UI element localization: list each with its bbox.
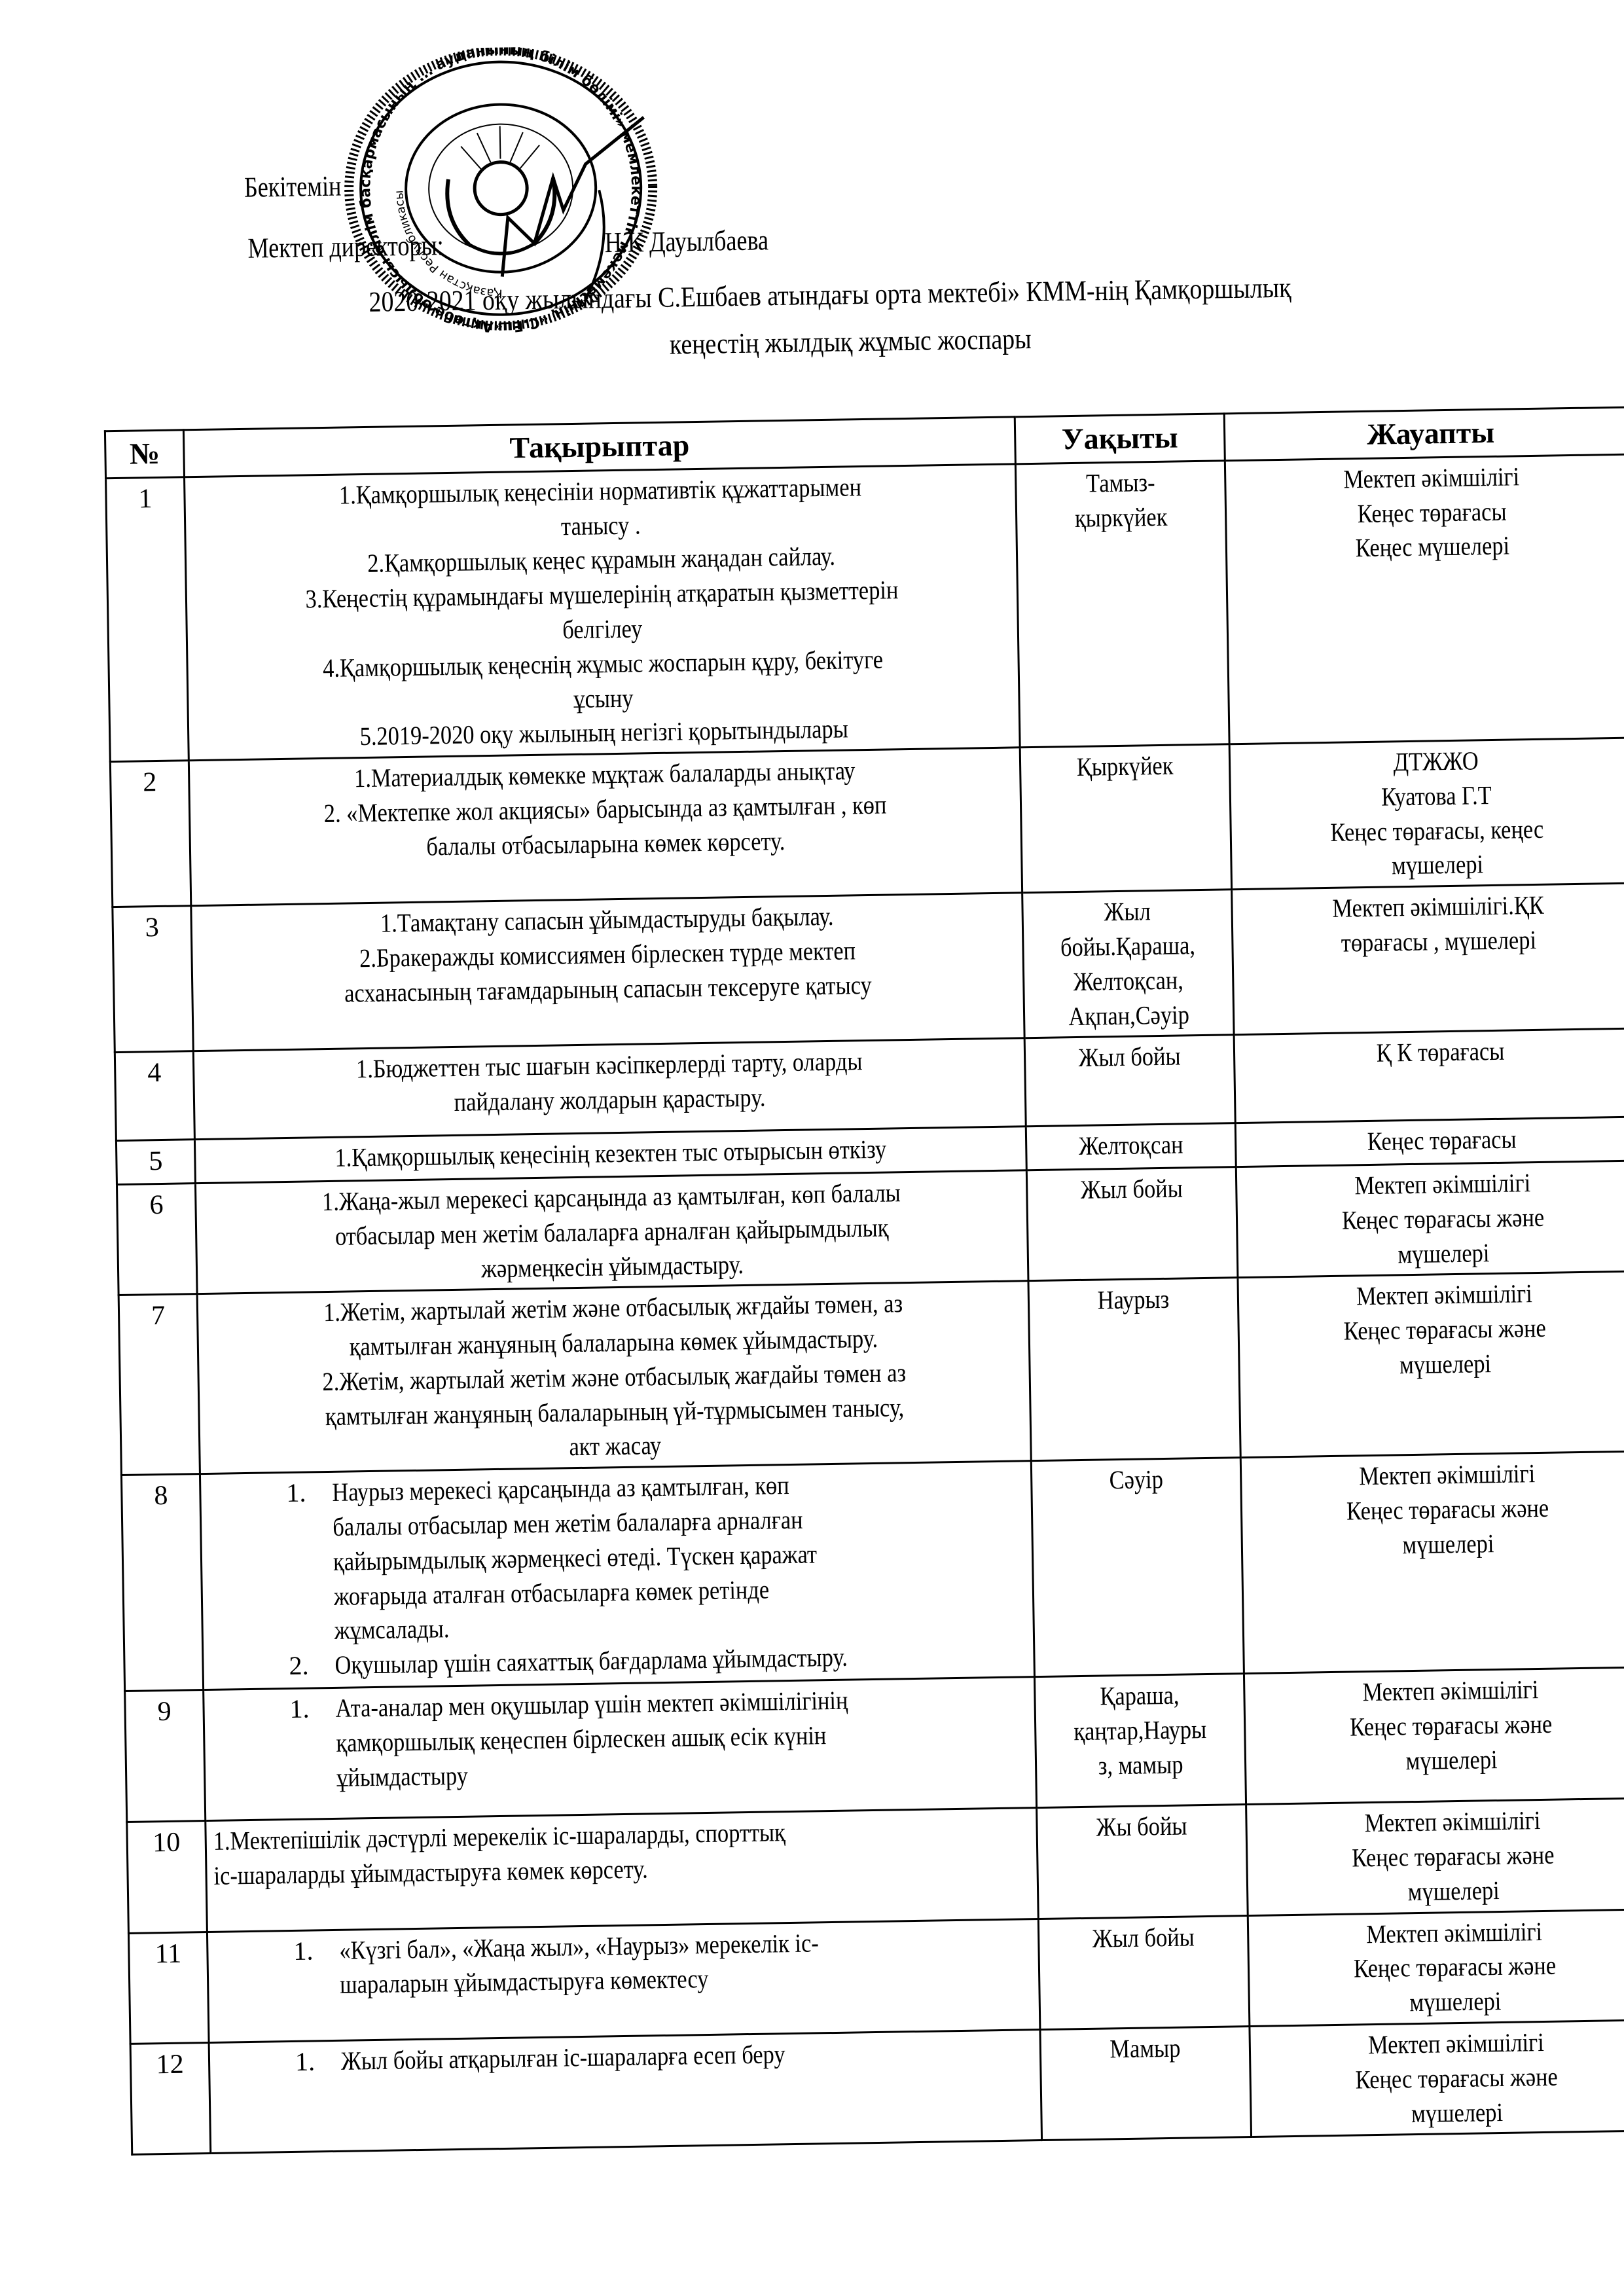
table-row: 21.Материалдық көмекке мұқтаж балаларды … <box>110 738 1624 907</box>
row-responsible: Мектеп әкімшілігіКеңес төрағасы жәнемүше… <box>1250 2020 1624 2137</box>
row-time: Желтоқсан <box>1026 1123 1236 1170</box>
time-text-line: Тамыз- <box>1037 465 1204 502</box>
time-text-line: Сәуір <box>1053 1462 1220 1499</box>
responsible-text-line: Кеңес төрағасы және <box>1280 1706 1622 1746</box>
row-topic: 1.Ата-аналар мен оқушылар үшін мектеп әк… <box>204 1677 1037 1821</box>
responsible-text-line: мүшелері <box>1282 1871 1624 1911</box>
topic-text-line: Жыл бойы атқарылған іс-шараларға есеп бе… <box>341 2035 937 2079</box>
row-topic: 1.Мектепішілік дәстүрлі мерекелік іс-шар… <box>206 1808 1039 1932</box>
row-responsible: ДТЖЖОКуатова Г.ТКеңес төрағасы, кеңесмүш… <box>1229 738 1624 890</box>
responsible-text-line: Қ К төрағасы <box>1269 1033 1612 1073</box>
responsible-text-line: Кеңес мүшелері <box>1261 528 1604 568</box>
responsible-text-line: ДТЖЖО <box>1265 742 1607 782</box>
topic-list-item: 1.«Күзгі бал», «Жаңа жыл», «Наурыз» мере… <box>215 1923 1032 2004</box>
list-item-number: 1. <box>208 1475 334 1650</box>
responsible-text-line: Мектеп әкімшілігі <box>1283 1913 1624 1953</box>
row-topic: 1.Наурыз мерекесі қарсаңында аз қамтылға… <box>200 1461 1034 1690</box>
responsible-text-line: төрағасы , мүшелері <box>1268 922 1610 962</box>
row-number: 2 <box>110 761 190 907</box>
list-item-number: 2. <box>210 1648 335 1685</box>
document-page: «Ақтөбе облысы білім басқармасының ... а… <box>0 0 1624 2295</box>
topic-list-item: 1.Жыл бойы атқарылған іс-шараларға есеп … <box>217 2033 1034 2080</box>
responsible-text-line: мүшелері <box>1267 846 1609 886</box>
director-name: Н.К Дауылбаева <box>604 223 768 259</box>
responsible-text-line: мүшелері <box>1284 1982 1624 2022</box>
time-text-line: қаңтар,Науры <box>1056 1712 1224 1750</box>
responsible-text-line: Мектеп әкімшілігі <box>1276 1455 1618 1495</box>
row-topic: 1.Жаңа-жыл мерекесі қарсаңында аз қамтыл… <box>195 1170 1028 1294</box>
row-number: 3 <box>113 906 193 1053</box>
row-topic: 1.«Күзгі бал», «Жаңа жыл», «Наурыз» мере… <box>207 1919 1040 2042</box>
row-number: 12 <box>130 2043 211 2155</box>
row-responsible: Мектеп әкімшілігіКеңес төрағасы жәнемүше… <box>1244 1667 1624 1805</box>
row-number: 4 <box>115 1051 194 1141</box>
responsible-text-line: Мектеп әкімшілігі <box>1260 458 1602 498</box>
time-text-line: Жы бойы <box>1058 1809 1225 1846</box>
responsible-text-line: Мектеп әкімшілігі.ҚК <box>1267 887 1610 927</box>
row-time: Жы бойы <box>1037 1805 1248 1919</box>
time-text-line: Жыл бойы <box>1060 1919 1227 1957</box>
table-row: 121.Жыл бойы атқарылған іс-шараларға есе… <box>130 2020 1624 2155</box>
row-time: Қараша,қаңтар,Наурыз, мамыр <box>1034 1674 1246 1808</box>
row-time: Тамыз-қыркүйек <box>1015 461 1229 748</box>
table-row: 81.Наурыз мерекесі қарсаңында аз қамтылғ… <box>121 1451 1624 1691</box>
responsible-text-line: мүшелері <box>1286 2093 1624 2133</box>
time-text-line: Желтоқсан, <box>1045 963 1212 1000</box>
table-row: 31.Тамақтану сапасын ұйымдастыруды бақыл… <box>113 883 1624 1053</box>
row-time: Қыркүйек <box>1020 744 1231 893</box>
row-responsible: Мектеп әкімшілігіКеңес төрағасы жәнемүше… <box>1246 1798 1624 1915</box>
responsible-text-line: Кеңес төрағасы <box>1271 1121 1613 1161</box>
time-text-line: Қараша, <box>1056 1678 1223 1715</box>
row-number: 10 <box>127 1821 208 1933</box>
row-topic: 1.Жыл бойы атқарылған іс-шараларға есеп … <box>209 2030 1042 2154</box>
row-responsible: Мектеп әкімшілігіКеңес төрағасы жәнемүше… <box>1236 1161 1624 1278</box>
document-title-line2: кеңестің жылдық жұмыс жоспары <box>0 313 1623 372</box>
document-title-line1: 2020-2021 оқу жылындағы С.Ешбаев атындағ… <box>0 266 1623 325</box>
responsible-text-line: мүшелері <box>1274 1345 1617 1384</box>
responsible-text-line: Мектеп әкімшілігі <box>1282 1802 1624 1842</box>
time-text-line: Наурыз <box>1049 1282 1217 1319</box>
responsible-text-line: мүшелері <box>1280 1741 1623 1780</box>
responsible-text-line: Кеңес төрағасы және <box>1272 1199 1614 1239</box>
row-responsible: Мектеп әкімшілігіКеңес төрағасыКеңес мүш… <box>1225 454 1624 744</box>
row-time: Наурыз <box>1028 1278 1240 1461</box>
row-topic: 1.Бюджеттен тыс шағын кәсіпкерлерді тарт… <box>193 1038 1026 1140</box>
row-number: 6 <box>117 1184 197 1295</box>
row-number: 11 <box>128 1932 209 2044</box>
responsible-text-line: Мектеп әкімшілігі <box>1273 1275 1615 1315</box>
director-label: Мектеп директоры: <box>247 229 444 264</box>
row-responsible: Қ К төрағасы <box>1234 1028 1624 1123</box>
responsible-text-line: мүшелері <box>1272 1234 1615 1274</box>
time-text-line: Жыл бойы <box>1048 1171 1216 1208</box>
responsible-text-line: Кеңес төрағасы және <box>1286 2059 1624 2099</box>
topic-text-line: 1.Қамқоршылық кеңесінің кезектен тыс оты… <box>259 1131 962 1177</box>
row-topic: 1.Қамқоршылық кеңесініи нормативтік құжа… <box>185 464 1020 761</box>
director-signature-line: Мектеп директоры: Н.К Дауылбаева <box>247 228 444 265</box>
approval-label: Бекітемін <box>244 169 342 204</box>
time-text-line: Мамыр <box>1061 2031 1229 2068</box>
row-time: Жыл бойы <box>1038 1915 1250 2029</box>
topic-list-item: 1.Ата-аналар мен оқушылар үшін мектеп әк… <box>211 1681 1028 1798</box>
list-item-number: 1. <box>211 1691 336 1797</box>
table-row: 11.Қамқоршылық кеңесініи нормативтік құж… <box>106 454 1624 762</box>
row-time: Жыл бойы <box>1024 1035 1235 1127</box>
row-time: Мамыр <box>1040 2027 1252 2141</box>
row-time: Жыл бойы <box>1026 1167 1238 1281</box>
table-row: 71.Жетім, жартылай жетім және отбасылық … <box>118 1271 1624 1475</box>
responsible-text-line: Кеңес төрағасы және <box>1276 1490 1619 1530</box>
row-time: Жылбойы.Қараша,Желтоқсан,Ақпан,Сәуір <box>1022 890 1234 1038</box>
responsible-text-line: Кеңес төрағасы және <box>1282 1837 1624 1877</box>
row-topic: 1.Тамақтану сапасын ұйымдастыруды бақыла… <box>191 893 1024 1051</box>
row-responsible: Мектеп әкімшілігіКеңес төрағасы жәнемүше… <box>1238 1271 1624 1458</box>
responsible-text-line: Мектеп әкімшілігі <box>1285 2024 1624 2064</box>
column-header-responsible: Жауапты <box>1224 407 1624 461</box>
time-text-line: Жыл <box>1043 894 1211 931</box>
row-time: Сәуір <box>1031 1458 1244 1677</box>
time-text-line: Қыркүйек <box>1041 748 1209 786</box>
row-responsible: Кеңес төрағасы <box>1235 1117 1624 1166</box>
responsible-text-line: Мектеп әкімшілігі <box>1271 1165 1614 1204</box>
row-number: 9 <box>125 1690 206 1822</box>
table-row: 91.Ата-аналар мен оқушылар үшін мектеп ә… <box>125 1667 1624 1822</box>
row-number: 1 <box>106 477 189 762</box>
responsible-text-line: Кеңес төрағасы және <box>1284 1947 1624 1987</box>
row-topic: 1.Материалдық көмекке мұқтаж балаларды а… <box>189 748 1022 906</box>
responsible-text-line: Мектеп әкімшілігі <box>1280 1671 1622 1711</box>
table-body: 11.Қамқоршылық кеңесініи нормативтік құж… <box>106 454 1624 2155</box>
work-plan-table: № Тақырыптар Уақыты Жауапты 11.Қамқоршыл… <box>104 406 1624 2156</box>
list-item-number: 1. <box>215 1934 340 2005</box>
responsible-text-line: мүшелері <box>1277 1525 1619 1564</box>
time-text-line: Желтоқсан <box>1047 1127 1215 1165</box>
time-text-line: з, мамыр <box>1057 1746 1225 1784</box>
time-text-line: Жыл бойы <box>1046 1039 1214 1076</box>
column-header-number: № <box>105 430 184 479</box>
responsible-text-line: Кеңес төрағасы, кеңес <box>1266 811 1608 851</box>
row-number: 8 <box>121 1474 203 1691</box>
row-number: 5 <box>116 1140 195 1184</box>
topic-list-item: 1.Наурыз мерекесі қарсаңында аз қамтылға… <box>208 1465 1026 1651</box>
time-text-line: Ақпан,Сәуір <box>1045 997 1213 1034</box>
row-topic: 1.Жетім, жартылай жетім және отбасылық ж… <box>197 1281 1031 1474</box>
row-responsible: Мектеп әкімшілігіКеңес төрағасы жәнемүше… <box>1248 1909 1624 2026</box>
responsible-text-line: Кеңес төрағасы және <box>1274 1310 1616 1350</box>
row-number: 7 <box>118 1294 200 1475</box>
responsible-text-line: Кеңес төрағасы <box>1261 493 1603 533</box>
row-responsible: Мектеп әкімшілігіКеңес төрағасы жәнемүше… <box>1240 1451 1624 1674</box>
column-header-time: Уақыты <box>1015 414 1225 464</box>
row-responsible: Мектеп әкімшілігі.ҚКтөрағасы , мүшелері <box>1232 883 1624 1035</box>
responsible-text-line: Куатова Г.Т <box>1265 776 1608 816</box>
list-item-number: 1. <box>217 2044 342 2081</box>
time-text-line: бойы.Қараша, <box>1044 928 1212 966</box>
time-text-line: қыркүйек <box>1038 499 1205 536</box>
